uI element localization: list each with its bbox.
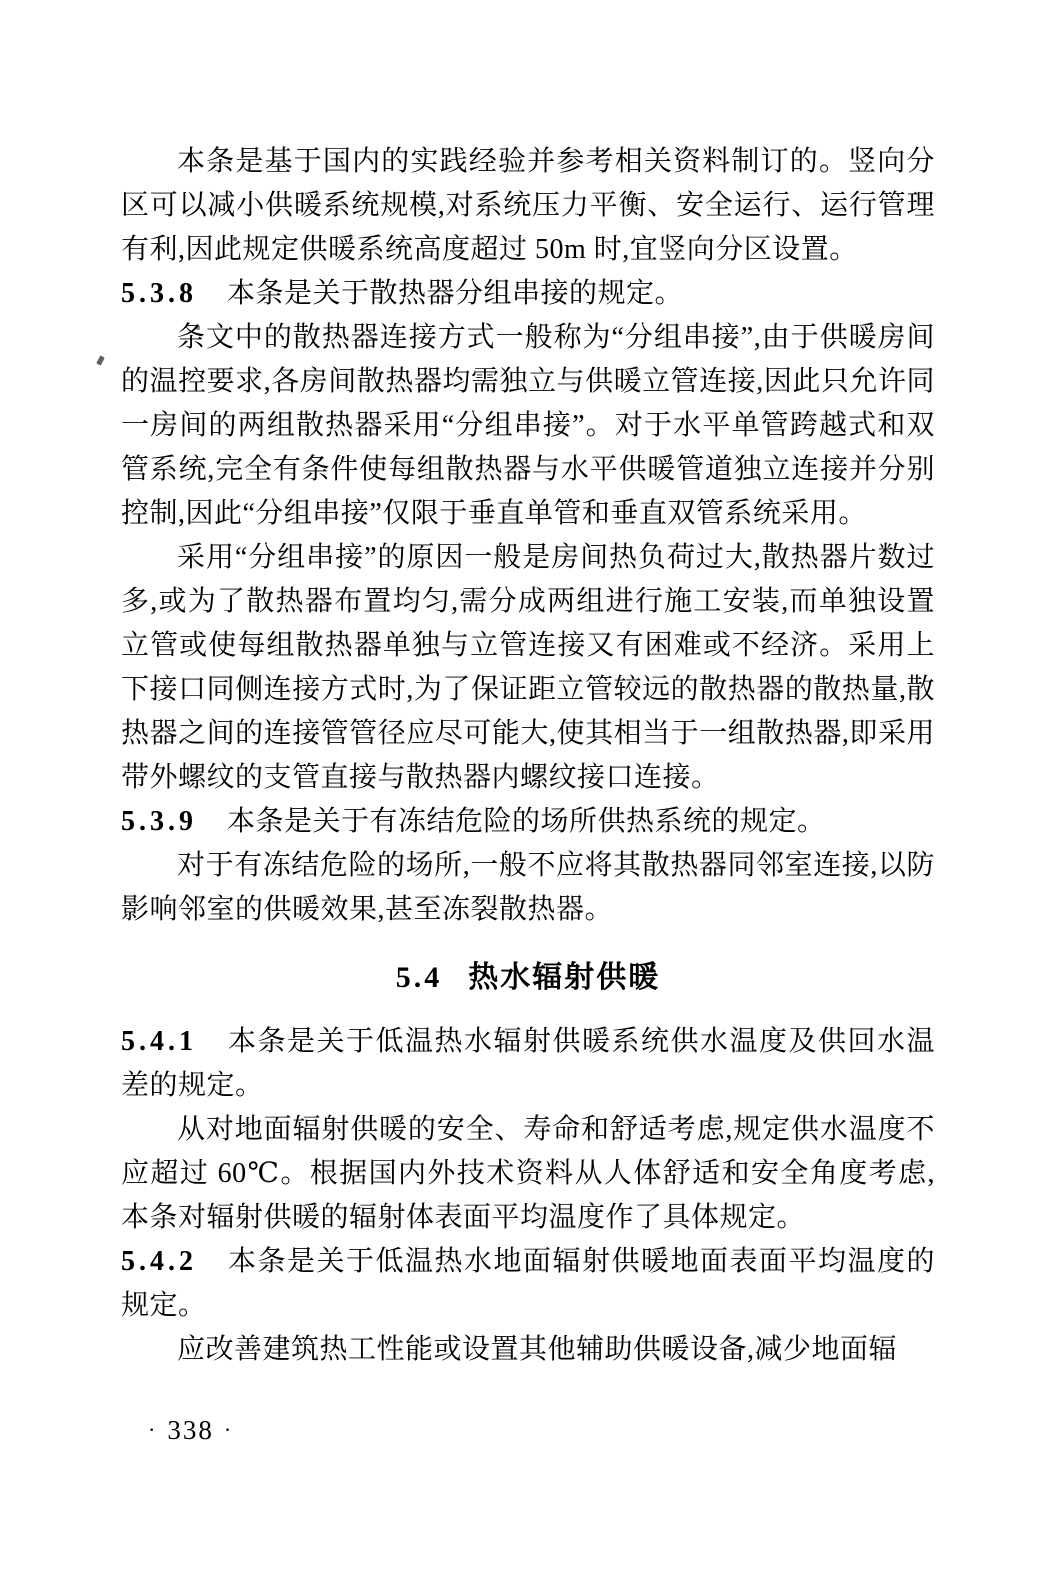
clause-number: 5.4.1: [121, 1026, 197, 1057]
page-number-value: 338: [167, 1415, 214, 1445]
paragraph: 应改善建筑热工性能或设置其他辅助供暖设备,减少地面辐: [121, 1328, 935, 1372]
clause-text: 本条是关于有冻结危险的场所供热系统的规定。: [227, 806, 826, 837]
paragraph: 从对地面辐射供暖的安全、寿命和舒适考虑,规定供水温度不应超过 60℃。根据国内外…: [121, 1108, 935, 1240]
clause-paragraph: 5.3.9本条是关于有冻结危险的场所供热系统的规定。: [121, 800, 935, 844]
section-title: 热水辐射供暖: [468, 961, 660, 994]
paragraph: 对于有冻结危险的场所,一般不应将其散热器同邻室连接,以防影响邻室的供暖效果,甚至…: [121, 844, 935, 932]
page-body-text: 本条是基于国内的实践经验并参考相关资料制订的。竖向分区可以减小供暖系统规模,对系…: [121, 140, 935, 1372]
clause-text: 本条是关于散热器分组串接的规定。: [227, 278, 683, 309]
scan-artifact: [96, 355, 105, 365]
clause-number: 5.3.9: [121, 806, 197, 837]
paragraph: 采用“分组串接”的原因一般是房间热负荷过大,散热器片数过多,或为了散热器布置均匀…: [121, 536, 935, 800]
page-number-dot: ·: [224, 1417, 233, 1442]
page-number-dot: ·: [148, 1417, 157, 1442]
clause-paragraph: 5.4.1本条是关于低温热水辐射供暖系统供水温度及供回水温差的规定。: [121, 1020, 935, 1108]
document-page: 本条是基于国内的实践经验并参考相关资料制订的。竖向分区可以减小供暖系统规模,对系…: [0, 0, 1056, 1578]
clause-text: 本条是关于低温热水辐射供暖系统供水温度及供回水温差的规定。: [121, 1026, 935, 1101]
clause-paragraph: 5.4.2本条是关于低温热水地面辐射供暖地面表面平均温度的规定。: [121, 1240, 935, 1328]
paragraph: 本条是基于国内的实践经验并参考相关资料制订的。竖向分区可以减小供暖系统规模,对系…: [121, 140, 935, 272]
clause-number: 5.4.2: [121, 1246, 197, 1277]
section-number: 5.4: [396, 961, 443, 994]
clause-text: 本条是关于低温热水地面辐射供暖地面表面平均温度的规定。: [121, 1246, 935, 1321]
page-number: ·338·: [138, 1412, 243, 1448]
clause-paragraph: 5.3.8本条是关于散热器分组串接的规定。: [121, 272, 935, 316]
clause-number: 5.3.8: [121, 278, 197, 309]
section-heading: 5.4热水辐射供暖: [121, 956, 935, 1000]
paragraph: 条文中的散热器连接方式一般称为“分组串接”,由于供暖房间的温控要求,各房间散热器…: [121, 316, 935, 536]
